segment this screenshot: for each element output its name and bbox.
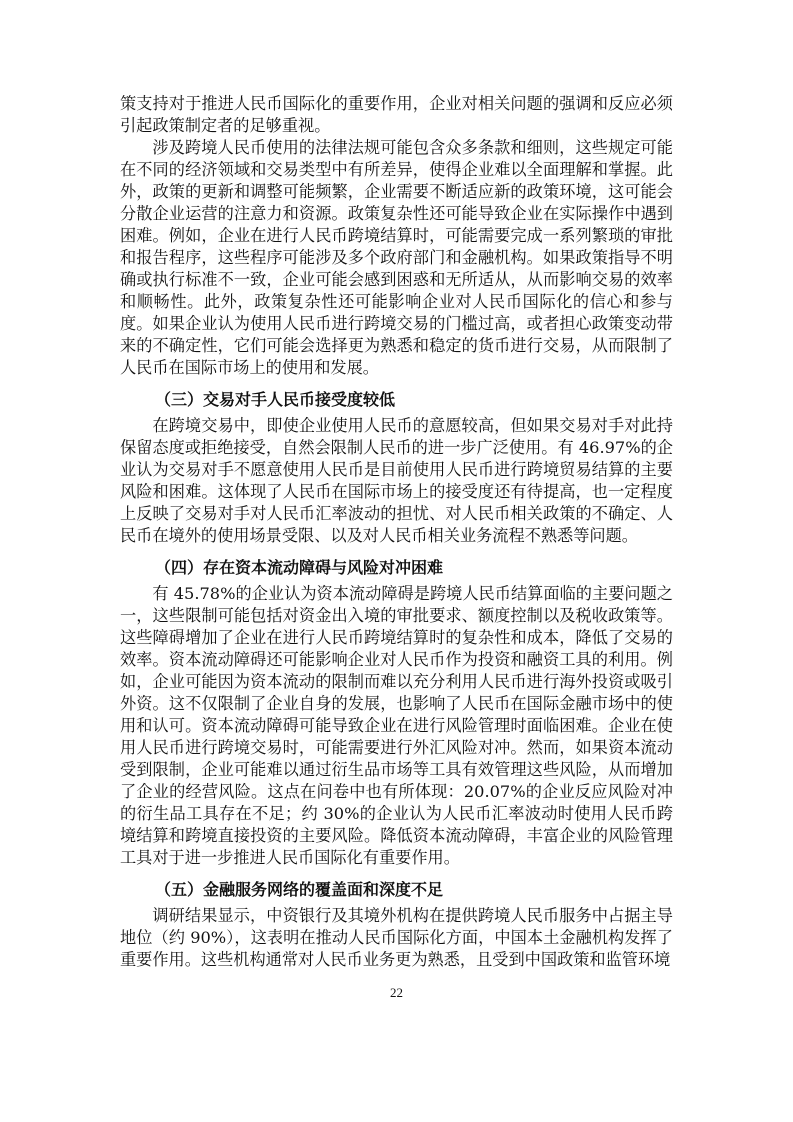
section-heading-5: （五）金融服务网络的覆盖面和深度不足	[120, 879, 673, 901]
page-number: 22	[0, 985, 793, 1001]
paragraph-financial-services: 调研结果显示，中资银行及其境外机构在提供跨境人民币服务中占据主导地位（约 90%…	[120, 905, 673, 971]
paragraph-counterparty-acceptance: 在跨境交易中，即使企业使用人民币的意愿较高，但如果交易对手对此持保留态度或拒绝接…	[120, 415, 673, 547]
paragraph-policy-complexity: 涉及跨境人民币使用的法律法规可能包含众多条款和细则，这些规定可能在不同的经济领域…	[120, 137, 673, 379]
section-heading-3: （三）交易对手人民币接受度较低	[120, 389, 673, 411]
paragraph-capital-flow: 有 45.78%的企业认为资本流动障碍是跨境人民币结算面临的主要问题之一，这些限…	[120, 583, 673, 869]
document-page: 策支持对于推进人民币国际化的重要作用，企业对相关问题的强调和反应必须引起政策制定…	[120, 93, 673, 971]
section-heading-4: （四）存在资本流动障碍与风险对冲困难	[120, 557, 673, 579]
paragraph-continuation: 策支持对于推进人民币国际化的重要作用，企业对相关问题的强调和反应必须引起政策制定…	[120, 93, 673, 137]
